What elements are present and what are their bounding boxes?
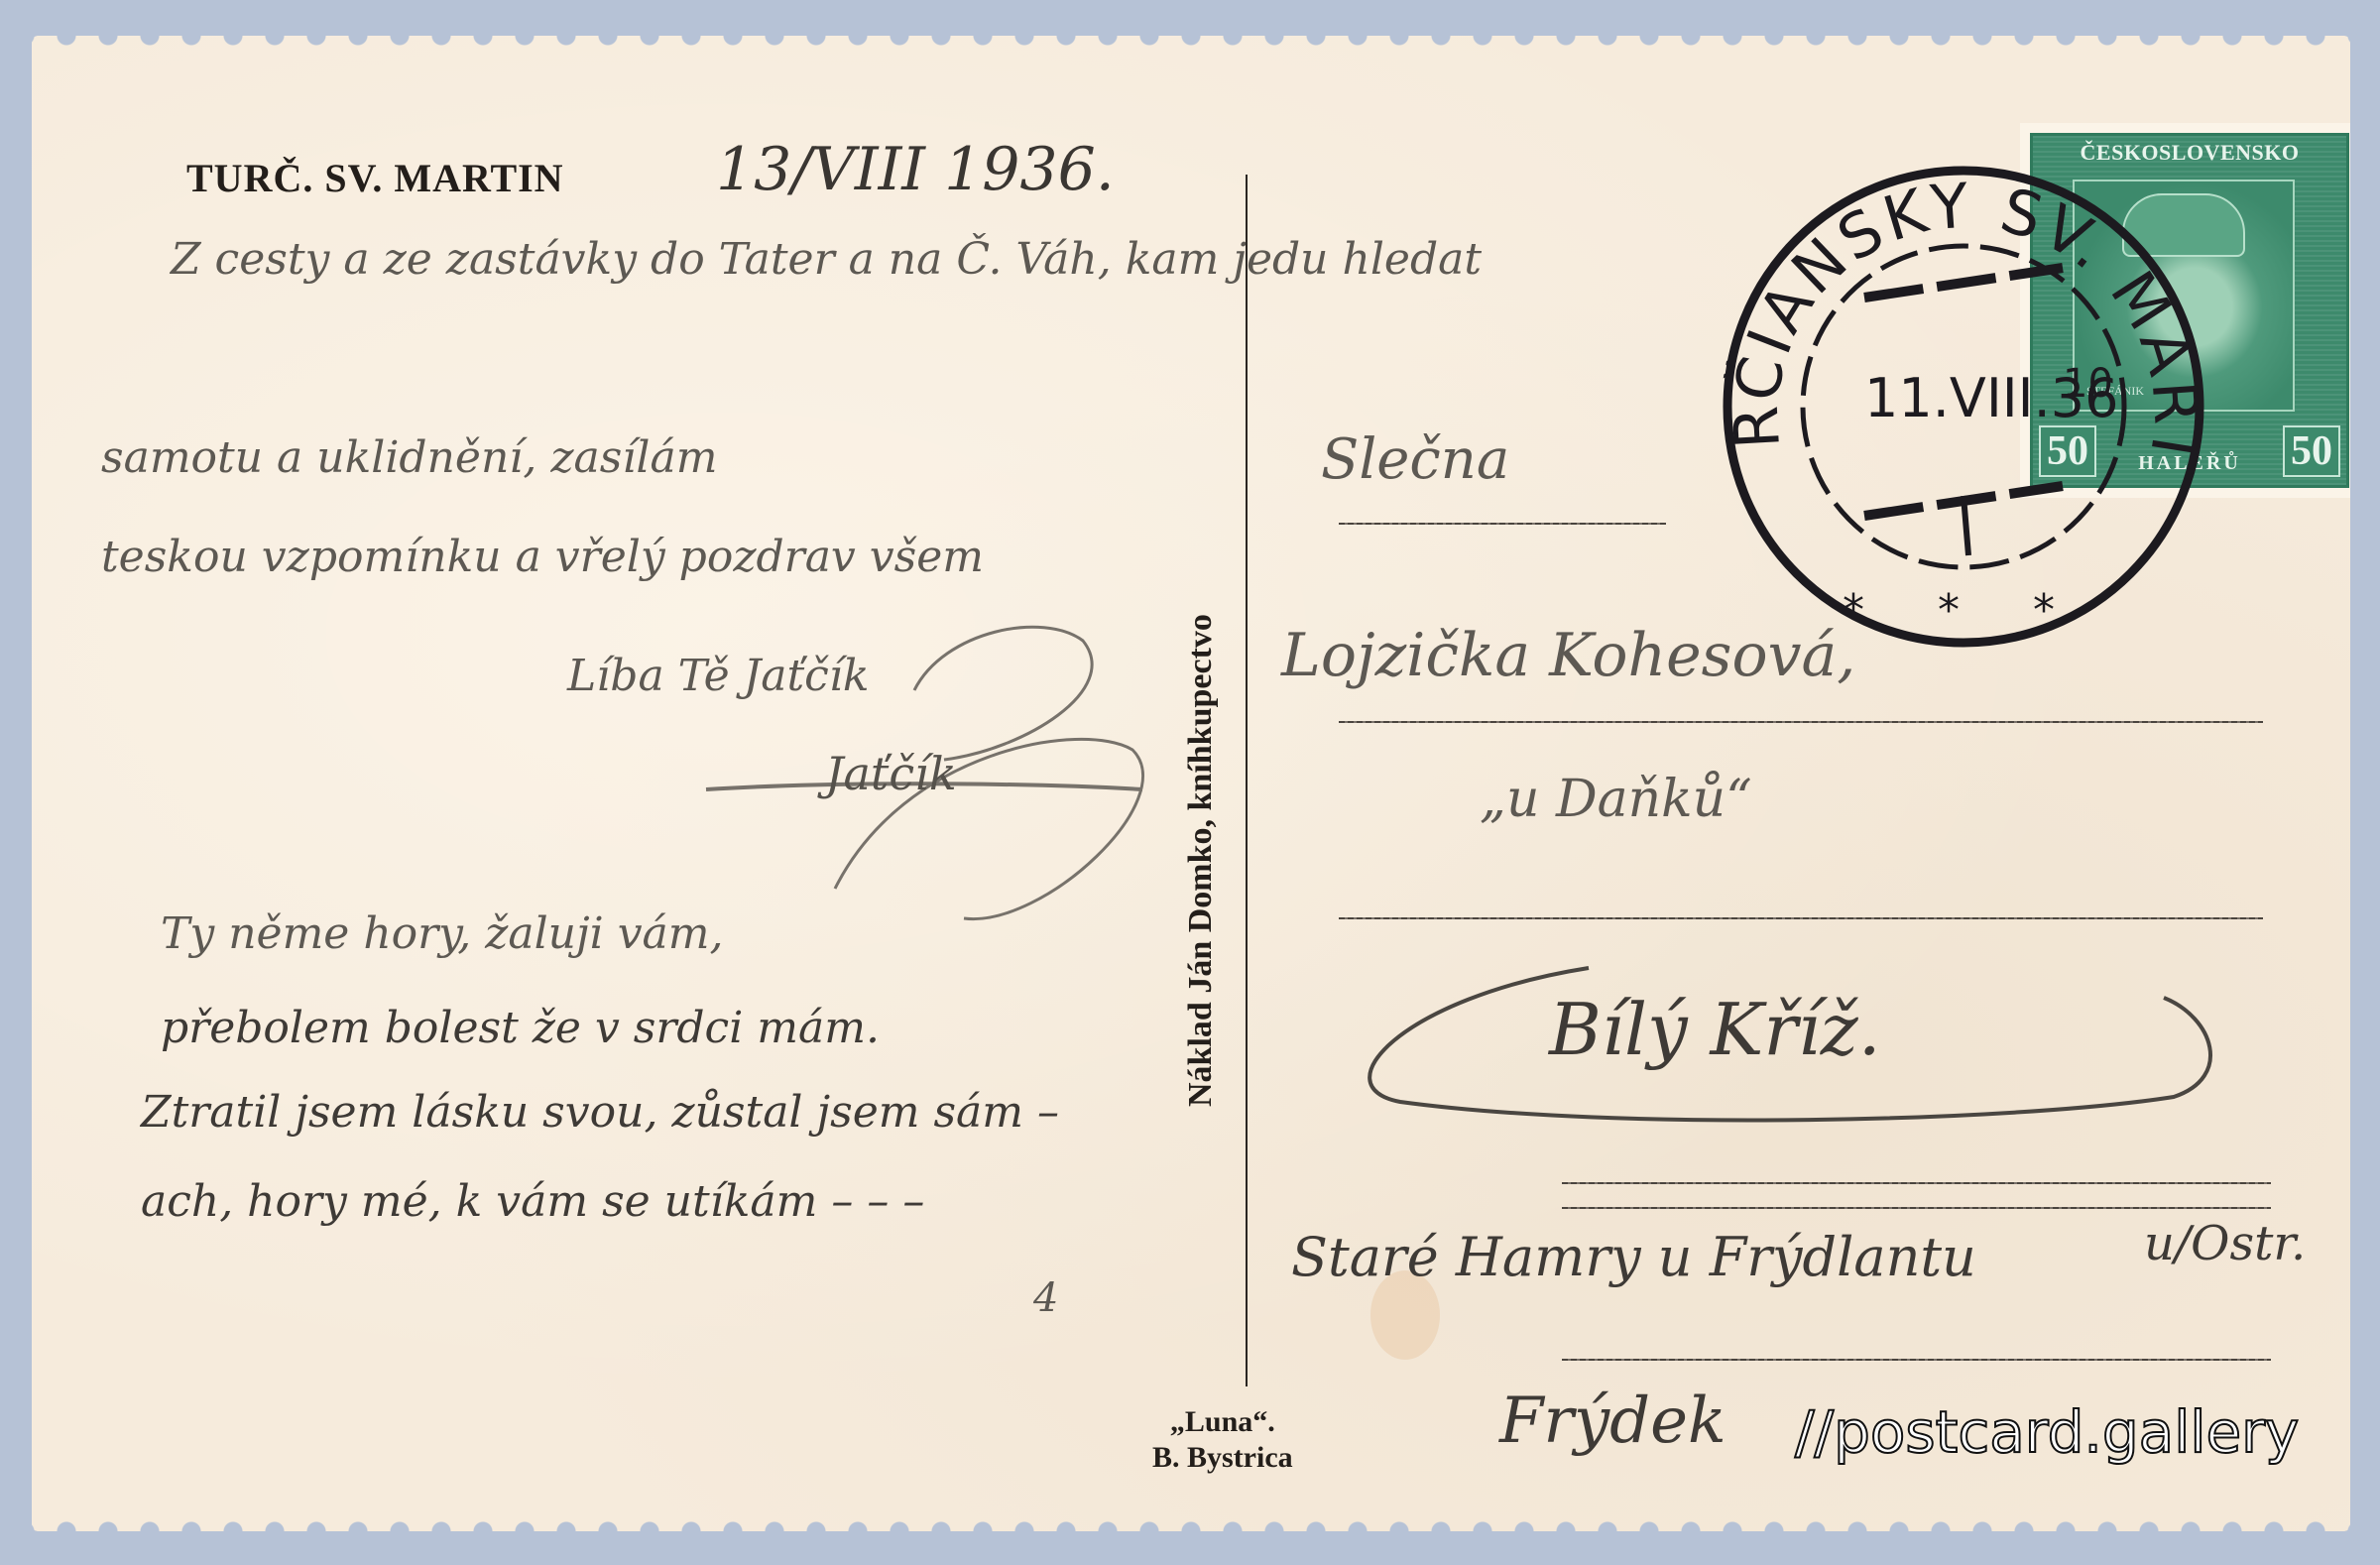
stamp-portrait-cap	[2122, 193, 2245, 257]
page-mark: 4	[1033, 1275, 1058, 1321]
signature-flourish: Jaťčík	[666, 591, 1222, 948]
message-line: samotu a uklidnění, zasílám	[101, 432, 717, 483]
postage-stamp: ČESKOSLOVENSKO STEFÁNIK 50 HALÉŘŮ 50	[2020, 123, 2359, 498]
postcard: TURČ. SV. MARTIN 13/VIII 1936. Z cesty a…	[32, 36, 2350, 1531]
poem-line: Ztratil jsem lásku svou, zůstal jsem sám…	[141, 1087, 1059, 1138]
address-region: u/Ostr.	[2144, 1216, 2306, 1271]
center-divider	[1246, 175, 1248, 1386]
place-heading: TURČ. SV. MARTIN	[186, 155, 564, 201]
poem-line: Ty něme hory, žaluji vám,	[161, 908, 724, 959]
publisher-credit: Náklad Ján Domko, kníhkupectvo	[1182, 614, 1220, 1107]
address-rule	[1339, 721, 2263, 723]
poem-line: ach, hory mé, k vám se utíkám – – –	[141, 1176, 924, 1227]
address-rule	[1339, 523, 1666, 525]
poem-line: přebolem bolest že v srdci mám.	[161, 1003, 880, 1053]
address-town: Staré Hamry u Frýdlantu	[1291, 1226, 1976, 1288]
message-date: 13/VIII 1936.	[716, 135, 1115, 204]
address-district: Frýdek	[1499, 1384, 1726, 1458]
address-name: Lojzička Kohesová,	[1281, 621, 1855, 690]
locality-flourish	[1321, 928, 2243, 1127]
stamp-value-right: 50	[2283, 425, 2340, 477]
address-rule	[1562, 1207, 2271, 1209]
stamp-country: ČESKOSLOVENSKO	[2033, 140, 2346, 166]
printer-imprint: „Luna“. B. Bystrica	[1152, 1404, 1293, 1476]
watermark: //postcard.gallery	[1795, 1398, 2299, 1466]
imprint-line: „Luna“.	[1152, 1404, 1293, 1440]
address-rule	[1562, 1359, 2271, 1361]
address-rule	[1562, 1182, 2271, 1184]
imprint-line: B. Bystrica	[1152, 1440, 1293, 1476]
address-salutation: Slečna	[1321, 427, 1509, 492]
message-line: Z cesty a ze zastávky do Tater a na Č. V…	[171, 234, 1482, 285]
address-rule	[1339, 917, 2263, 919]
svg-text:* * *: * * *	[1843, 585, 2084, 636]
svg-text:Jaťčík: Jaťčík	[817, 747, 957, 800]
stamp-design: ČESKOSLOVENSKO STEFÁNIK 50 HALÉŘŮ 50	[2030, 133, 2349, 488]
message-line: teskou vzpomínku a vřelý pozdrav všem	[101, 532, 984, 582]
address-house: „u Daňků“	[1480, 770, 1752, 829]
stamp-engraver: STEFÁNIK	[2086, 384, 2144, 399]
